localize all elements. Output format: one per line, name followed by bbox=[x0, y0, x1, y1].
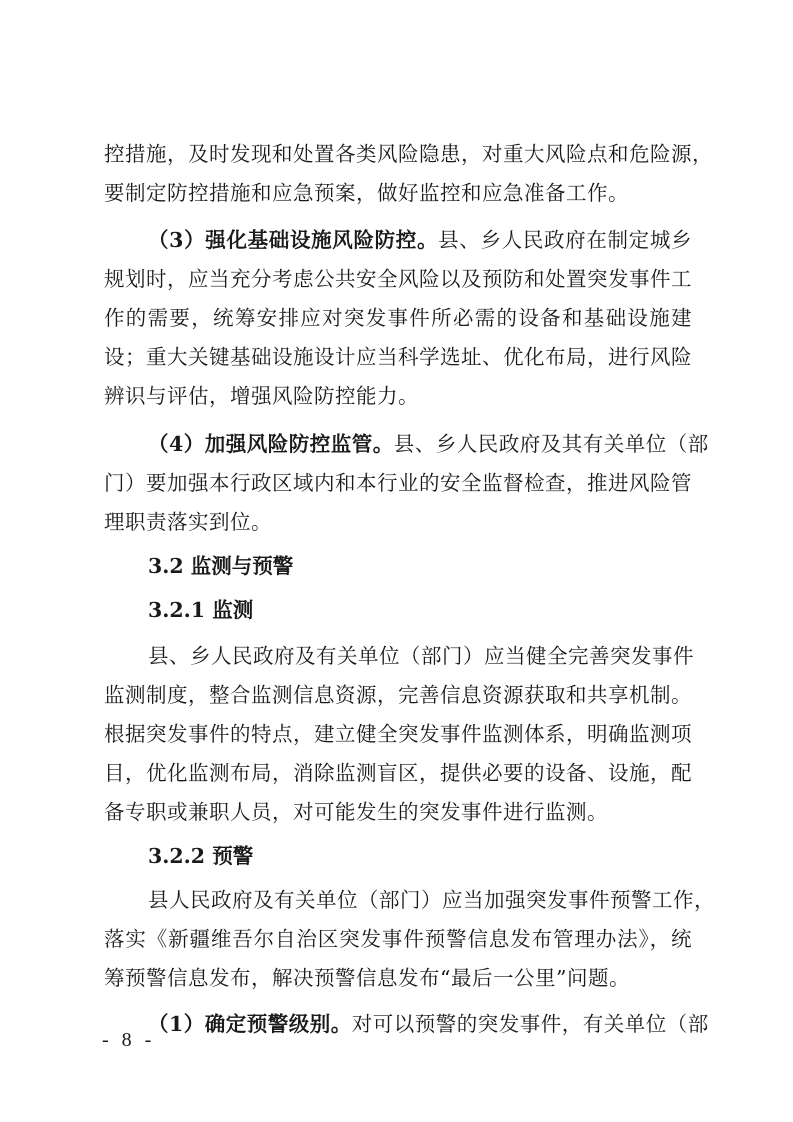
body-text-line: 作的需要，统筹安排应对突发事件所必需的设备和基础设施建 bbox=[104, 304, 692, 332]
body-text-line: 筹预警信息发布，解决预警信息发布“最后一公里”问题。 bbox=[104, 964, 692, 992]
page-number: - 8 - bbox=[102, 1026, 155, 1054]
body-text-line: 控措施，及时发现和处置各类风险隐患，对重大风险点和危险源， bbox=[104, 140, 692, 168]
body-text-line: 落实《新疆维吾尔自治区突发事件预警信息发布管理办法》，统 bbox=[104, 925, 692, 953]
body-text-line: 理职责落实到位。 bbox=[104, 508, 692, 536]
paragraph-warning-1-title: （1）确定预警级别。 bbox=[148, 1012, 352, 1036]
body-text-line: 监测制度，整合监测信息资源，完善信息资源获取和共享机制。 bbox=[104, 681, 692, 709]
paragraph-4-title: （4）加强风险防控监管。 bbox=[148, 432, 394, 456]
body-text-line: 根据突发事件的特点，建立健全突发事件监测体系，明确监测项 bbox=[104, 720, 692, 748]
body-text-line: 门）要加强本行政区域内和本行业的安全监督检查，推进风险管 bbox=[104, 469, 692, 497]
body-text-line: 县人民政府及有关单位（部门）应当加强突发事件预警工作， bbox=[104, 886, 692, 914]
paragraph-3-text: 县、乡人民政府在制定城乡 bbox=[438, 228, 692, 252]
body-text-line: 备专职或兼职人员，对可能发生的突发事件进行监测。 bbox=[104, 798, 692, 826]
body-text-line: 辨识与评估，增强风险防控能力。 bbox=[104, 382, 692, 410]
body-text-line: 要制定防控措施和应急预案，做好监控和应急准备工作。 bbox=[104, 179, 692, 207]
section-heading-3-2-1: 3.2.1 监测 bbox=[148, 596, 253, 624]
section-heading-3-2-2: 3.2.2 预警 bbox=[148, 842, 253, 870]
paragraph-4-text: 县、乡人民政府及其有关单位（部 bbox=[394, 432, 709, 456]
section-heading-3-2: 3.2 监测与预警 bbox=[148, 552, 293, 580]
body-text-line: 规划时，应当充分考虑公共安全风险以及预防和处置突发事件工 bbox=[104, 265, 692, 293]
body-text-line: 设；重大关键基础设施设计应当科学选址、优化布局，进行风险 bbox=[104, 343, 692, 371]
body-text-line: 县、乡人民政府及有关单位（部门）应当健全完善突发事件 bbox=[104, 642, 692, 670]
paragraph-warning-1-first-line: （1）确定预警级别。对可以预警的突发事件，有关单位（部 bbox=[104, 1010, 692, 1038]
paragraph-4-first-line: （4）加强风险防控监管。县、乡人民政府及其有关单位（部 bbox=[104, 430, 692, 458]
paragraph-warning-1-text: 对可以预警的突发事件，有关单位（部 bbox=[352, 1012, 709, 1036]
body-text-line: 目，优化监测布局，消除监测盲区，提供必要的设备、设施，配 bbox=[104, 759, 692, 787]
paragraph-3-first-line: （3）强化基础设施风险防控。县、乡人民政府在制定城乡 bbox=[104, 226, 692, 254]
paragraph-3-title: （3）强化基础设施风险防控。 bbox=[148, 228, 438, 252]
